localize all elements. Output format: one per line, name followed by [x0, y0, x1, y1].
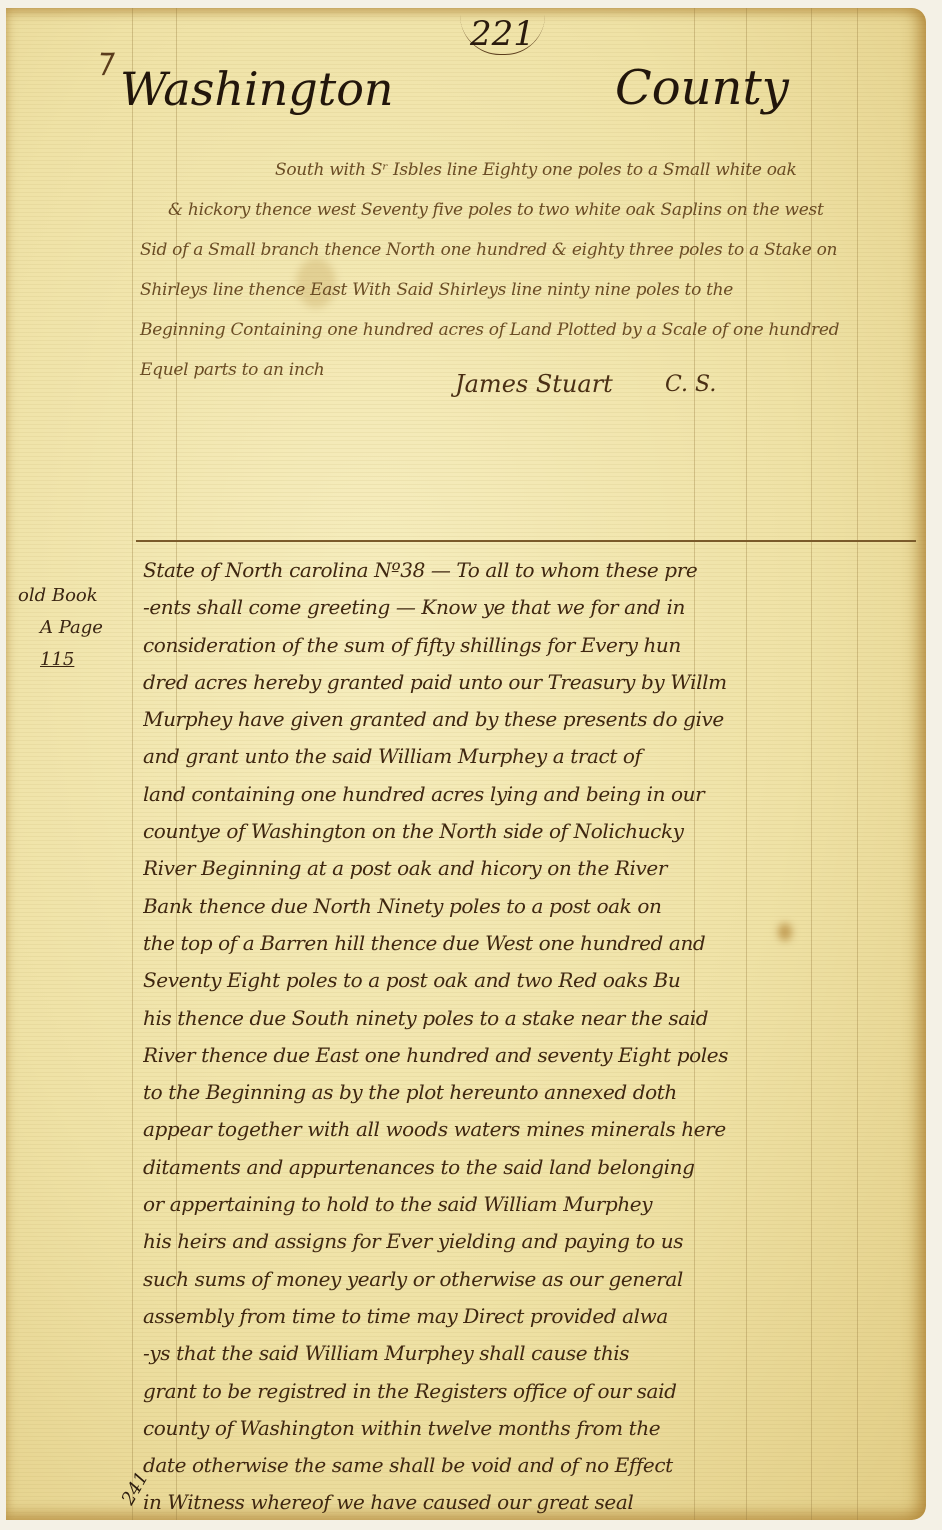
section-divider: [136, 540, 916, 542]
grant-line: countye of Washington on the North side …: [143, 813, 928, 850]
grant-line: land containing one hundred acres lying …: [143, 776, 928, 813]
grant-line: or appertaining to hold to the said Will…: [143, 1186, 928, 1223]
grant-line: his thence due South ninety poles to a s…: [143, 1000, 928, 1037]
grant-line: Bank thence due North Ninety poles to a …: [143, 888, 928, 925]
grant-text: State of North carolina Nº38 — To all to…: [143, 552, 928, 1522]
grant-line: grant to be registred in the Registers o…: [143, 1373, 928, 1410]
grant-line: consideration of the sum of fifty shilli…: [143, 627, 928, 664]
grant-line: -ys that the said William Murphey shall …: [143, 1335, 928, 1372]
grant-line: and grant unto the said William Murphey …: [143, 738, 928, 775]
grant-line: dred acres hereby granted paid unto our …: [143, 664, 928, 701]
margin-note-line: A Page: [18, 612, 128, 644]
surveyor-signature: James Stuart: [455, 370, 613, 398]
grant-line: -ents shall come greeting — Know ye that…: [143, 589, 928, 626]
grant-line: appear together with all woods waters mi…: [143, 1111, 928, 1148]
grant-line: River thence due East one hundred and se…: [143, 1037, 928, 1074]
margin-note-line: 115: [18, 644, 128, 676]
grant-line: county of Washington within twelve month…: [143, 1410, 928, 1447]
grant-line: such sums of money yearly or otherwise a…: [143, 1261, 928, 1298]
grant-line: to the Beginning as by the plot hereunto…: [143, 1074, 928, 1111]
survey-description: South with Sʳ Isbles line Eighty one pol…: [140, 150, 930, 390]
grant-line: State of North carolina Nº38 — To all to…: [143, 552, 928, 589]
grant-line: Murphey have given granted and by these …: [143, 701, 928, 738]
margin-note-line: old Book: [18, 580, 128, 612]
survey-line: Beginning Containing one hundred acres o…: [140, 310, 930, 350]
grant-line: his heirs and assigns for Ever yielding …: [143, 1223, 928, 1260]
surveyor-title: C. S.: [665, 372, 716, 397]
survey-line: Shirleys line thence East With Said Shir…: [140, 270, 930, 310]
grant-line: Seventy Eight poles to a post oak and tw…: [143, 962, 928, 999]
survey-line: South with Sʳ Isbles line Eighty one pol…: [140, 150, 930, 190]
header-county-name: Washington: [120, 62, 394, 116]
grant-line: assembly from time to time may Direct pr…: [143, 1298, 928, 1335]
page-number: 221: [460, 14, 545, 55]
flourish-mark: ⁊: [95, 40, 112, 80]
grant-line: in Witness whereof we have caused our gr…: [143, 1484, 928, 1521]
grant-line: the top of a Barren hill thence due West…: [143, 925, 928, 962]
grant-line: ditaments and appurtenances to the said …: [143, 1149, 928, 1186]
survey-line: & hickory thence west Seventy five poles…: [140, 190, 930, 230]
margin-reference: old Book A Page 115: [18, 580, 128, 676]
survey-line: Sid of a Small branch thence North one h…: [140, 230, 930, 270]
header-county-label: County: [615, 60, 789, 116]
grant-line: River Beginning at a post oak and hicory…: [143, 850, 928, 887]
margin-rule: [132, 8, 133, 1520]
grant-line: date otherwise the same shall be void an…: [143, 1447, 928, 1484]
